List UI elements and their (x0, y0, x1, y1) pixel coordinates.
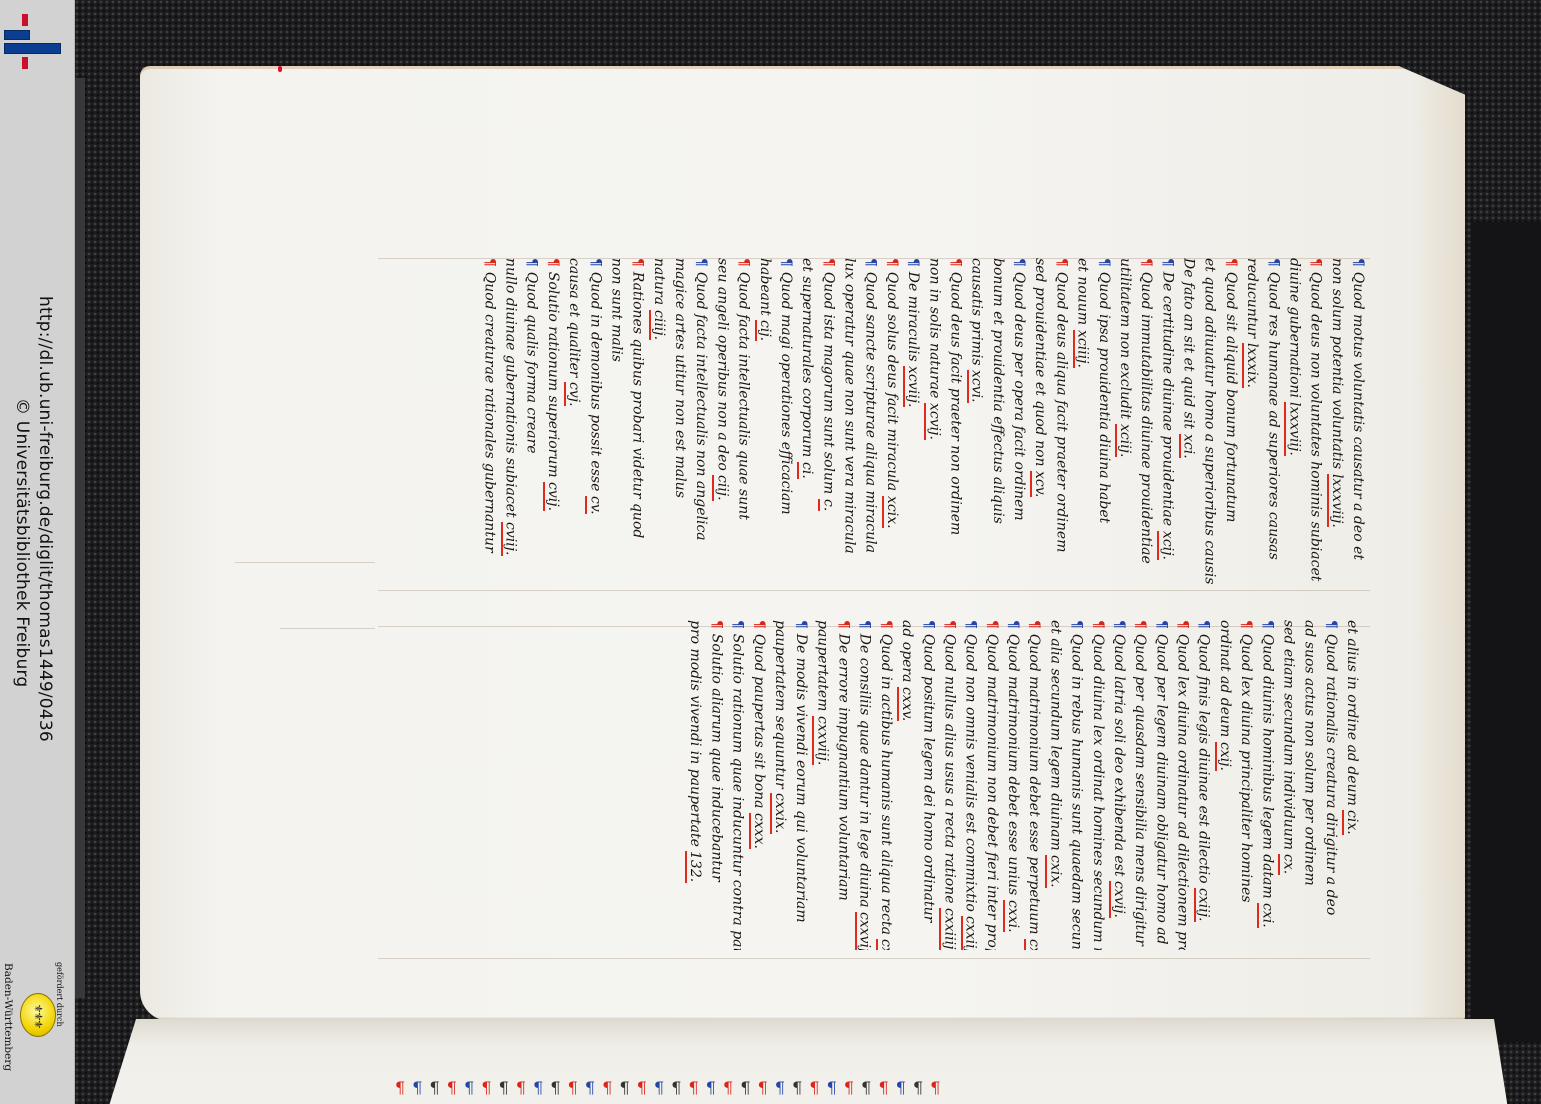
line-text: Solutio rationum superiorum (545, 272, 561, 482)
manuscript-line: seu angeli operibus non a deo ciij. (711, 258, 732, 588)
line-text: De fato an sit et quid sit (1181, 258, 1197, 434)
pilcrow-rubric-icon: ¶ (1175, 620, 1191, 634)
manuscript-line: ¶ Quod per quasdam sensibilia mens dirig… (1129, 620, 1150, 950)
pilcrow-rubric-icon: ¶ (1259, 620, 1275, 634)
pilcrow-rubric-icon: ¶ (395, 1078, 412, 1097)
line-text: et supernaturales corporum (799, 258, 815, 462)
line-text: De miraculis (905, 272, 921, 366)
chapter-number: cxxvij. (855, 912, 873, 950)
line-text: Quod deus aliqua facit praeter ordinem (1053, 272, 1069, 553)
manuscript-line: lux operatur quae non sunt vera miracula (838, 258, 859, 588)
pilcrow-rubric-icon: ¶ (481, 258, 497, 272)
line-text: bonum et prouidentia effectus aliquis (990, 258, 1006, 524)
sponsor-label: gefördert durch (55, 962, 64, 1027)
line-text: ordinat ad deum (1217, 620, 1233, 742)
manuscript-line: ¶ Quod diuina lex ordinat homines secund… (1087, 620, 1108, 950)
line-text: Quod rationalis creatura dirigitur a deo (1323, 634, 1339, 915)
line-text: Quod per legem diuinam obligatur homo ad… (1153, 634, 1169, 950)
manuscript-line: ¶ Quod facta intellectualis non angelica (690, 258, 711, 588)
line-text: et alia secundum legem diuinam (1047, 620, 1063, 855)
manuscript-line: habeant cij. (754, 258, 775, 588)
line-text: et alius in ordine ad deum (1344, 620, 1360, 810)
chapter-number: cix. (1342, 810, 1360, 835)
line-text: Quod res humanae ad superiores causas (1265, 272, 1281, 560)
pilcrow-rubric-icon: ¶ (1196, 620, 1212, 634)
manuscript-line: pro modis vivendi in paupertate 132. (684, 620, 705, 950)
manuscript-line: ¶ Quod finis legis diuinae est dilectio … (1193, 620, 1214, 950)
manuscript-line: ¶ Quod latria soli deo exhibenda est cxv… (1108, 620, 1129, 950)
chapter-number: cxi. (1257, 903, 1275, 928)
chapter-number: xciij. (1115, 424, 1133, 457)
line-text: Solutio rationum quae inducuntur contra … (730, 634, 746, 950)
line-text: Quod in actibus humanis sunt aliqua rect… (878, 634, 894, 940)
pilcrow-rubric-icon: ¶ (1005, 620, 1021, 634)
pilcrow-rubric-icon: ¶ (1053, 258, 1069, 272)
line-text: De errore impugnantium voluntariam (836, 634, 852, 901)
manuscript-line: ¶ Quod positum legem dei homo ordinatur (917, 620, 938, 950)
pilcrow-rubric-icon: ¶ (884, 258, 900, 272)
pilcrow-rubric-icon: ¶ (447, 1078, 464, 1097)
chapter-number: xcviij. (903, 366, 921, 407)
manuscript-line: ¶ Quod motus voluntatis causatur a deo e… (1347, 258, 1368, 588)
line-text: causatis primis (969, 258, 985, 370)
manuscript-line: ¶ Quod nullus alius usus a recta ratione… (938, 620, 959, 950)
line-text: Quod facta intellectualis quae sunt (736, 272, 752, 520)
pilcrow-rubric-icon: ¶ (481, 1078, 498, 1097)
line-text: Quod motus voluntatis causatur a deo et (1350, 272, 1366, 560)
pilcrow-rubric-icon: ¶ (775, 1078, 792, 1097)
pilcrow-rubric-icon: ¶ (693, 258, 709, 272)
line-text: De consiliis quae dantur in lege diuina (857, 634, 873, 912)
pilcrow-rubric-icon: ¶ (689, 1078, 706, 1097)
manuscript-line: et nouum xciiij. (1071, 258, 1092, 588)
manuscript-line: non solum potentia voluntatis lxxxviij. (1326, 258, 1347, 588)
ruling-line (378, 590, 1370, 591)
pilcrow-rubric-icon: ¶ (792, 1078, 809, 1097)
line-text: Quod sancte scripturae aliqua miracula (863, 272, 879, 553)
manuscript-line: ¶ Quod matrimonium non debet fieri inter… (981, 620, 1002, 950)
line-text: lux operatur quae non sunt vera miracula (842, 258, 858, 554)
pilcrow-rubric-icon: ¶ (820, 258, 836, 272)
logo-red-bar-bottom (22, 57, 28, 69)
chapter-number: cx. (1278, 854, 1296, 874)
manuscript-line: ¶ Quod paupertas sit bona cxxx. (748, 620, 769, 950)
line-text: Quod per quasdam sensibilia mens dirigit… (1132, 634, 1148, 950)
manuscript-line: bonum et prouidentia effectus aliquis (987, 258, 1008, 588)
line-text: non in solis naturae (926, 258, 942, 403)
viewer-edge-strip (75, 78, 85, 998)
manuscript-line: ¶ Quod matrimonium debet esse perpetuum … (1023, 620, 1044, 950)
pilcrow-rubric-icon: ¶ (464, 1078, 481, 1097)
chapter-number: xcij. (1157, 531, 1175, 560)
manuscript-line: ¶ Quod non omnis venialis est commixtio … (959, 620, 980, 950)
chapter-number: cxxiij. (961, 916, 979, 950)
manuscript-line: ¶ Quod in rebus humanis sunt quaedam sec… (1065, 620, 1086, 950)
text-column-2: et alius in ordine ad deum cix.¶ Quod ra… (396, 620, 1362, 950)
pilcrow-rubric-icon: ¶ (827, 1078, 844, 1097)
pilcrow-rubric-icon: ¶ (533, 1078, 550, 1097)
pilcrow-rubric-icon: ¶ (896, 1078, 913, 1097)
manuscript-line: et alius in ordine ad deum cix. (1341, 620, 1362, 950)
line-text: Quod finis legis diuinae est dilectio (1196, 634, 1212, 888)
manuscript-line: ¶ Quod in actibus humanis sunt aliqua re… (875, 620, 896, 950)
chapter-number: xci. (1179, 434, 1197, 459)
pilcrow-rubric-icon: ¶ (1159, 258, 1175, 272)
pilcrow-rubric-icon: ¶ (516, 1078, 533, 1097)
manuscript-line: ¶ Quod per legem diuinam obligatur homo … (1150, 620, 1171, 950)
chapter-number: cxxx. (749, 813, 767, 849)
pilcrow-rubric-icon: ¶ (793, 620, 809, 634)
manuscript-line: ¶ Solutio rationum quae inducuntur contr… (726, 620, 747, 950)
pilcrow-rubric-icon: ¶ (630, 258, 646, 272)
pilcrow-rubric-icon: ¶ (545, 258, 561, 272)
line-text: non solum potentia voluntatis (1329, 258, 1345, 474)
manuscript-line: ¶ Quod matrimonium debet esse unius cxxi… (1002, 620, 1023, 950)
manuscript-line: et supernaturales corporum ci. (796, 258, 817, 588)
manuscript-line: magice artes utitur non est malus (669, 258, 690, 588)
pilcrow-rubric-icon: ¶ (430, 1078, 447, 1097)
line-text: ad opera (899, 620, 915, 687)
chapter-number: cxxvi. (876, 939, 894, 950)
logo-red-bar-top (22, 14, 28, 26)
chapter-number: cviij. (501, 522, 519, 556)
manuscript-line: ¶ Solutio rationum superiorum cvij. (542, 258, 563, 588)
manuscript-line: diuine gubernationi lxxxviij. (1283, 258, 1304, 588)
pilcrow-rubric-icon: ¶ (758, 1078, 775, 1097)
chapter-number: xciiij. (1073, 330, 1091, 368)
line-text: et nouum (1075, 258, 1091, 330)
manuscript-line: De fato an sit et quid sit xci. (1177, 258, 1198, 588)
chapter-number: xcix. (882, 496, 900, 529)
line-text: Quod diuinis hominibus legem datam (1259, 634, 1275, 903)
pilcrow-rubric-icon: ¶ (736, 258, 752, 272)
line-text: Quod lex diuina principaliter homines (1238, 634, 1254, 903)
manuscript-line: ¶ Quod res humanae ad superiores causas (1262, 258, 1283, 588)
chapter-number: 132. (685, 851, 703, 882)
line-text: seu angeli operibus non a deo (714, 258, 730, 475)
chapter-number: lxxxviij. (1327, 474, 1345, 528)
manuscript-line: ¶ Quod lex diuina ordinatur ad dilection… (1171, 620, 1192, 950)
manuscript-line: ¶ Quod diuinis hominibus legem datam cxi… (1256, 620, 1277, 950)
pilcrow-rubric-icon: ¶ (602, 1078, 619, 1097)
manuscript-line: ¶ Solutio aliarum quae inducebantur (705, 620, 726, 950)
next-page-rubrics: ¶ ¶ ¶ ¶ ¶ ¶ ¶ ¶ ¶ ¶ ¶ ¶ ¶ ¶ ¶ ¶ ¶ ¶ ¶ ¶ … (395, 1078, 1485, 1104)
line-text: Quod matrimonium debet esse unius (1005, 634, 1021, 900)
ub-freiburg-logo[interactable] (0, 0, 74, 90)
line-text: causa et qualiter (566, 258, 582, 382)
line-text: diuine gubernationi (1286, 258, 1302, 402)
manuscript-line: ¶ De errore impugnantium voluntariam (832, 620, 853, 950)
ruling-line (378, 958, 1370, 959)
chapter-number: xcvij. (924, 403, 942, 440)
chapter-number: cvij. (543, 482, 561, 511)
line-text: utilitatem non excludit (1117, 258, 1133, 424)
pilcrow-rubric-icon: ¶ (524, 258, 540, 272)
manuscript-line: paupertatem cxxviij. (811, 620, 832, 950)
pilcrow-rubric-icon: ¶ (619, 1078, 636, 1097)
manuscript-line: nullo diuinae gubernationis subiacet cvi… (499, 258, 520, 588)
chapter-number: lxxxix. (1242, 343, 1260, 388)
pilcrow-rubric-icon: ¶ (930, 1078, 941, 1097)
line-text: paupertatem sequuntur (772, 620, 788, 793)
pilcrow-rubric-icon: ¶ (836, 620, 852, 634)
manuscript-line: ¶ De certitudine diuinae prouidentiae xc… (1156, 258, 1177, 588)
pilcrow-rubric-icon: ¶ (751, 620, 767, 634)
manuscript-line: ¶ Quod immutabilitas diuinae prouidentia… (1135, 258, 1156, 588)
permalink-url[interactable]: http://dl.ub.uni-freiburg.de/diglit/thom… (35, 296, 55, 742)
chapter-number: cxxi. (1003, 900, 1021, 933)
pilcrow-rubric-icon: ¶ (587, 258, 603, 272)
line-text: natura (651, 258, 667, 310)
pilcrow-rubric-icon: ¶ (809, 1078, 826, 1097)
pilcrow-rubric-icon: ¶ (1350, 258, 1366, 272)
page-edge-red-mark (278, 66, 282, 72)
line-text: Quod ipsa prouidentia diuina habet (1096, 272, 1112, 523)
text-column-1: ¶ Quod motus voluntatis causatur a deo e… (378, 258, 1368, 588)
pilcrow-rubric-icon: ¶ (1096, 258, 1112, 272)
pilcrow-rubric-icon: ¶ (550, 1078, 567, 1097)
pilcrow-rubric-icon: ¶ (941, 620, 957, 634)
pilcrow-rubric-icon: ¶ (499, 1078, 516, 1097)
manuscript-line: sed etiam secundum individuum cx. (1277, 620, 1298, 950)
line-text: sed etiam secundum individuum (1280, 620, 1296, 854)
line-text: habeant (757, 258, 773, 320)
manuscript-line: non in solis naturae xcvij. (923, 258, 944, 588)
pilcrow-rubric-icon: ¶ (863, 258, 879, 272)
manuscript-line: ¶ Quod facta intellectualis quae sunt (732, 258, 753, 588)
line-text: Quod magi operationes efficaciam (778, 272, 794, 515)
manuscript-line: ¶ De consiliis quae dantur in lege diuin… (854, 620, 875, 950)
manuscript-line: sed prouidentiae et quod non xcv. (1029, 258, 1050, 588)
line-text: Quod deus facit praeter non ordinem (947, 272, 963, 536)
line-text: Rationes quibus probari videtur quod (630, 272, 646, 539)
chapter-number: cxiij. (1194, 888, 1212, 921)
pilcrow-rubric-icon: ¶ (947, 258, 963, 272)
pilcrow-rubric-icon: ¶ (1069, 620, 1085, 634)
pilcrow-rubric-icon: ¶ (637, 1078, 654, 1097)
line-text: Quod qualis forma creare (524, 272, 540, 454)
coat-of-arms-glyph: ⚜⚜⚜ (32, 1003, 45, 1027)
chapter-number: c. (818, 499, 836, 511)
pilcrow-rubric-icon: ¶ (723, 1078, 740, 1097)
line-text: Quod lex diuina ordinatur ad dilectionem… (1175, 634, 1191, 950)
scan-background-shelf (1471, 222, 1541, 1042)
chapter-number: lxxxviij. (1284, 402, 1302, 456)
line-text: Quod paupertas sit bona (751, 634, 767, 813)
line-text: sed prouidentiae et quod non (1032, 258, 1048, 471)
line-text: De modis vivendi eorum qui voluntariam (793, 634, 809, 923)
pilcrow-rubric-icon: ¶ (708, 620, 724, 634)
chapter-number: cxx. (1024, 939, 1042, 950)
copyright-notice: © Universitätsbibliothek Freiburg (12, 398, 32, 687)
line-text: Solutio aliarum quae inducebantur (708, 634, 724, 882)
pilcrow-rubric-icon: ¶ (920, 620, 936, 634)
chapter-number: cxix. (1045, 855, 1063, 888)
manuscript-line: reducuntur lxxxix. (1241, 258, 1262, 588)
manuscript-line: ¶ De miraculis xcviij. (902, 258, 923, 588)
pilcrow-rubric-icon: ¶ (1026, 620, 1042, 634)
manuscript-line: ¶ Quod sit aliquid bonum fortunatum (1220, 258, 1241, 588)
manuscript-line: utilitatem non excludit xciij. (1114, 258, 1135, 588)
chapter-number: cxxiiij. (939, 908, 957, 950)
line-text: Quod matrimonium non debet fieri inter p… (984, 634, 1000, 950)
line-text: Quod nullus alius usus a recta ratione (941, 634, 957, 908)
line-text: Quod in rebus humanis sunt quaedam secun… (1069, 634, 1085, 950)
chapter-number: ci. (797, 462, 815, 479)
ruling-line (235, 562, 375, 563)
sidebar: http://dl.ub.uni-freiburg.de/diglit/thom… (0, 0, 75, 1104)
pilcrow-rubric-icon: ¶ (568, 1078, 585, 1097)
manuscript-line: ¶ De modis vivendi eorum qui voluntariam (790, 620, 811, 950)
line-text: Quod sit aliquid bonum fortunatum (1223, 272, 1239, 523)
pilcrow-rubric-icon: ¶ (1323, 620, 1339, 634)
line-text: paupertatem (814, 620, 830, 716)
manuscript-line: ¶ Rationes quibus probari videtur quod (626, 258, 647, 588)
manuscript-line: et quod adiuuatur homo a superioribus ca… (1199, 258, 1220, 588)
line-text: Quod creaturae rationales gubernantur (481, 272, 497, 553)
pilcrow-rubric-icon: ¶ (778, 258, 794, 272)
pilcrow-rubric-icon: ¶ (905, 258, 921, 272)
pilcrow-rubric-icon: ¶ (1238, 620, 1254, 634)
pilcrow-rubric-icon: ¶ (585, 1078, 602, 1097)
chapter-number: cvj. (564, 382, 582, 407)
pilcrow-rubric-icon: ¶ (963, 620, 979, 634)
manuscript-line: causatis primis xcvi. (965, 258, 986, 588)
line-text: Quod diuina lex ordinat homines secundum… (1090, 634, 1106, 950)
chapter-number: cxij. (1215, 742, 1233, 771)
manuscript-line: ¶ Quod deus aliqua facit praeter ordinem (1050, 258, 1071, 588)
chapter-number: cv. (585, 496, 603, 515)
line-text: et quod adiuuatur homo a superioribus ca… (1202, 258, 1218, 584)
line-text: Quod deus non voluntates hominis subiace… (1308, 272, 1324, 582)
pilcrow-rubric-icon: ¶ (671, 1078, 688, 1097)
manuscript-line: paupertatem sequuntur cxxix. (769, 620, 790, 950)
line-text: Quod in demonibus possit esse (587, 272, 603, 496)
manuscript-line: ad opera cxxv. (896, 620, 917, 950)
line-text: Quod latria soli deo exhibenda est (1111, 634, 1127, 881)
pilcrow-rubric-icon: ¶ (844, 1078, 861, 1097)
line-text: Quod non omnis venialis est commixtio (963, 634, 979, 916)
line-text: pro modis vivendi in paupertate (687, 620, 703, 851)
line-text: Quod facta intellectualis non angelica (693, 272, 709, 541)
logo-blue-bar-long (4, 43, 61, 54)
pilcrow-rubric-icon: ¶ (1090, 620, 1106, 634)
sponsor-name: Baden-Württemberg (2, 963, 14, 1071)
pilcrow-rubric-icon: ¶ (1153, 620, 1169, 634)
pilcrow-rubric-icon: ¶ (1223, 258, 1239, 272)
pilcrow-rubric-icon: ¶ (861, 1078, 878, 1097)
manuscript-line: ¶ Quod lex diuina principaliter homines (1235, 620, 1256, 950)
chapter-number: xcvi. (967, 370, 985, 403)
manuscript-line: et alia secundum legem diuinam cxix. (1044, 620, 1065, 950)
chapter-number: cxxv. (897, 687, 915, 721)
manuscript-line: ¶ Quod deus non voluntates hominis subia… (1304, 258, 1325, 588)
manuscript-line: ¶ Quod rationalis creatura dirigitur a d… (1320, 620, 1341, 950)
line-text: nullo diuinae gubernationis subiacet (503, 258, 519, 522)
manuscript-line: ¶ Quod deus per opera facit ordinem (1008, 258, 1029, 588)
line-text: Quod positum legem dei homo ordinatur (920, 634, 936, 923)
pilcrow-rubric-icon: ¶ (706, 1078, 723, 1097)
manuscript-line: ¶ Quod in demonibus possit esse cv. (584, 258, 605, 588)
manuscript-line: causa et qualiter cvj. (563, 258, 584, 588)
chapter-number: cxxviij. (812, 716, 830, 765)
chapter-number: cij. (755, 320, 773, 341)
line-text: De certitudine diuinae prouidentiae (1159, 272, 1175, 531)
pilcrow-rubric-icon: ¶ (654, 1078, 671, 1097)
pilcrow-rubric-icon: ¶ (857, 620, 873, 634)
manuscript-line: non sunt malis (605, 258, 626, 588)
manuscript-line: ¶ Quod creaturae rationales gubernantur (478, 258, 499, 588)
line-text: Quod deus per opera facit ordinem (1011, 272, 1027, 521)
pilcrow-rubric-icon: ¶ (878, 1078, 895, 1097)
manuscript-line: ordinat ad deum cxij. (1214, 620, 1235, 950)
chapter-number: cxxix. (770, 793, 788, 833)
manuscript-line: ¶ Quod ipsa prouidentia diuina habet (1093, 258, 1114, 588)
chapter-number: ciij. (712, 475, 730, 501)
manuscript-line: natura ciiij. (648, 258, 669, 588)
pilcrow-rubric-icon: ¶ (1138, 258, 1154, 272)
pilcrow-rubric-icon: ¶ (1011, 258, 1027, 272)
manuscript-line: ¶ Quod deus facit praeter non ordinem (944, 258, 965, 588)
line-text: non sunt malis (608, 258, 624, 362)
manuscript-line: ¶ Quod solus deus facit miracula xcix. (881, 258, 902, 588)
pilcrow-rubric-icon: ¶ (740, 1078, 757, 1097)
pilcrow-rubric-icon: ¶ (878, 620, 894, 634)
pilcrow-rubric-icon: ¶ (1132, 620, 1148, 634)
line-text: Quod immutabilitas diuinae prouidentiae (1138, 272, 1154, 564)
chapter-number: cxvij. (1109, 881, 1127, 918)
pilcrow-rubric-icon: ¶ (1111, 620, 1127, 634)
line-text: magice artes utitur non est malus (672, 258, 688, 498)
line-text: ad suos actus non solum per ordinem (1302, 620, 1318, 886)
manuscript-line: ¶ Quod ista magorum sunt solum c. (817, 258, 838, 588)
pilcrow-rubric-icon: ¶ (913, 1078, 930, 1097)
manuscript-line: ¶ Quod sancte scripturae aliqua miracula (860, 258, 881, 588)
pilcrow-rubric-icon: ¶ (984, 620, 1000, 634)
chapter-number: ciiij. (649, 310, 667, 340)
manuscript-line: ad suos actus non solum per ordinem (1298, 620, 1319, 950)
manuscript-line: ¶ Quod magi operationes efficaciam (775, 258, 796, 588)
manuscript-line: ¶ Quod qualis forma creare (521, 258, 542, 588)
line-text: Quod matrimonium debet esse perpetuum (1026, 634, 1042, 939)
pilcrow-rubric-icon: ¶ (412, 1078, 429, 1097)
ruling-line (280, 628, 375, 629)
logo-blue-bar-short (4, 30, 30, 40)
line-text: Quod ista magorum sunt solum (820, 272, 836, 499)
chapter-number: xcv. (1030, 471, 1048, 497)
baden-wuerttemberg-logo-icon[interactable]: ⚜⚜⚜ (20, 993, 56, 1037)
line-text: Quod solus deus facit miracula (884, 272, 900, 496)
pilcrow-rubric-icon: ¶ (730, 620, 746, 634)
pilcrow-rubric-icon: ¶ (1308, 258, 1324, 272)
line-text: reducuntur (1244, 258, 1260, 343)
pilcrow-rubric-icon: ¶ (1265, 258, 1281, 272)
